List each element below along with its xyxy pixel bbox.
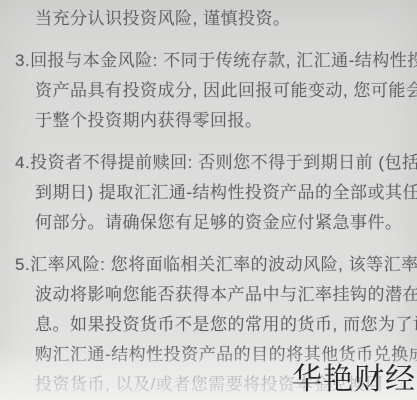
text-line: 到期日) 提取汇汇通-结构性投资产品的全部或其任	[35, 178, 409, 208]
text-line: 于整个投资期内获得零回报。	[35, 106, 409, 136]
text-line: 何部分。请确保您有足够的资金应付紧急事件。	[35, 208, 409, 238]
text-line: 5.汇率风险: 您将面临相关汇率的波动风险, 该等汇率	[15, 250, 409, 280]
text-line: 3.回报与本金风险: 不同于传统存款, 汇汇通-结构性投	[15, 46, 409, 76]
text-line: 资产品具有投资成分, 因此回报可能变动, 您可能会	[35, 76, 409, 106]
paragraph-intro: 当充分认识投资风险, 谨慎投资。	[15, 4, 409, 34]
risk-disclosure-text: 当充分认识投资风险, 谨慎投资。 3.回报与本金风险: 不同于传统存款, 汇汇通…	[15, 4, 409, 400]
document-photo: 当充分认识投资风险, 谨慎投资。 3.回报与本金风险: 不同于传统存款, 汇汇通…	[0, 0, 417, 400]
watermark: 华艳财经	[292, 365, 416, 395]
text-line: 息。如果投资货币不是您的常用的货币, 而您为了认	[35, 310, 409, 340]
text-line: 4.投资者不得提前赎回: 否则您不得于到期日前 (包括	[15, 148, 409, 178]
paragraph-item-3: 3.回报与本金风险: 不同于传统存款, 汇汇通-结构性投 资产品具有投资成分, …	[15, 46, 409, 136]
paragraph-item-4: 4.投资者不得提前赎回: 否则您不得于到期日前 (包括 到期日) 提取汇汇通-结…	[15, 148, 409, 238]
text-line: 当充分认识投资风险, 谨慎投资。	[35, 4, 409, 34]
text-line: 波动将影响您能否获得本产品中与汇率挂钩的潜在票	[35, 280, 409, 310]
